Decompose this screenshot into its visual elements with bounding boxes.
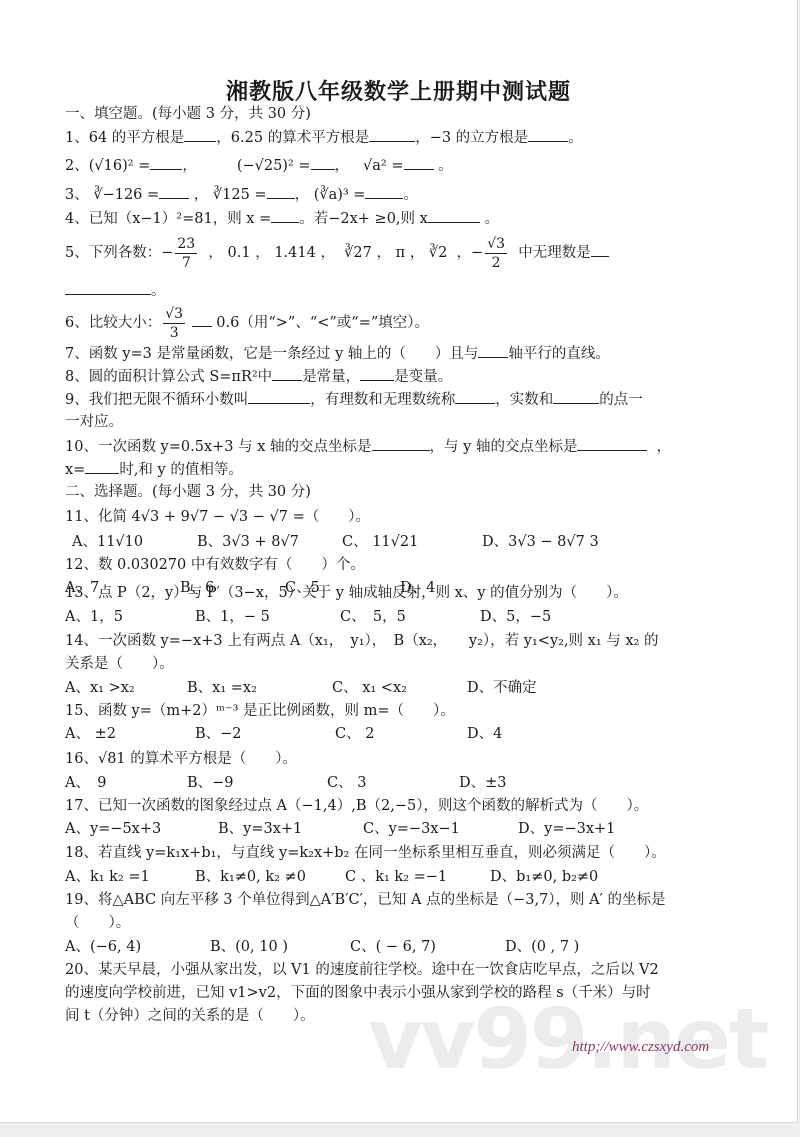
option-a[interactable]: A、1，5	[65, 607, 195, 627]
q1-text-a: 1、64 的平方根是	[65, 130, 184, 146]
q5-suffix: 中无理数是	[518, 245, 591, 261]
option-a[interactable]: A、k₁ k₂ =1	[65, 867, 195, 887]
question-18-options: A、k₁ k₂ =1B、k₁≠0, k₂ ≠0C 、k₁ k₂ =−1D、b₁≠…	[65, 867, 598, 887]
q2-expr-3: √a² =	[363, 158, 403, 174]
q9-text-b: ，有理数和无理数统称	[310, 392, 455, 408]
answer-blank	[577, 436, 647, 451]
question-12: 12、数 0.030270 中有效数字有（ ）个。	[65, 555, 365, 575]
answer-blank	[553, 389, 599, 404]
option-b[interactable]: B、(0, 10 )	[210, 937, 350, 957]
question-19-options: A、(−6, 4)B、(0, 10 )C、( − 6, 7)D、(0 , 7 )	[65, 937, 579, 957]
question-1: 1、64 的平方根是，6.25 的算术平方根是，−3 的立方根是。	[65, 127, 583, 148]
separator: ，	[295, 187, 310, 203]
q3-expr-2: ∛125 =	[213, 187, 267, 203]
question-9: 9、我们把无限不循环小数叫，有理数和无理数统称，实数和的点一	[65, 389, 643, 410]
question-19-continued: （ ）。	[65, 913, 130, 933]
option-c[interactable]: C、y=−3x−1	[363, 819, 518, 839]
q3-number: 3、	[65, 187, 89, 203]
q10-text-e: 时,和 y 的值相等。	[119, 462, 243, 478]
question-7: 7、函数 y=3 是常量函数，它是一条经过 y 轴上的（ ）且与轴平行的直线。	[65, 343, 610, 364]
section-heading-multiple-choice: 二、选择题。(每小题 3 分，共 30 分)	[65, 482, 311, 502]
q3-end: 。	[403, 187, 418, 203]
question-3: 3、 ∛−126 = ， ∛125 =， (∛a)³ =。	[65, 184, 418, 205]
denominator: 7	[175, 254, 197, 272]
q9-text-a: 9、我们把无限不循环小数叫	[65, 392, 248, 408]
question-5: 5、下列各数：−237 ， 0.1 ， 1.414 ， ∛27 ， π ， ∛2…	[65, 232, 609, 274]
answer-blank	[528, 127, 568, 142]
answer-blank	[159, 184, 189, 199]
answer-blank	[360, 366, 394, 381]
question-15-options: A、 ±2B、−2C、 2D、4	[65, 724, 502, 744]
number-item: ∛27	[344, 245, 372, 261]
q2-end: 。	[438, 158, 453, 174]
q7-text-a: 7、函数 y=3 是常量函数，它是一条经过 y 轴上的（ ）且与	[65, 346, 478, 362]
q9-text-d: 的点一	[599, 392, 643, 408]
question-20-line-1: 20、某天早晨，小强从家出发，以 V1 的速度前往学校。途中在一饮食店吃早点，之…	[65, 960, 659, 980]
question-9-continued: 一对应。	[65, 412, 123, 432]
question-14: 14、一次函数 y=−x+3 上有两点 A（x₁， y₁）， B（x₂， y₂）…	[65, 631, 658, 651]
q1-text-d: 。	[568, 130, 583, 146]
answer-blank	[192, 312, 212, 327]
question-16: 16、√81 的算术平方根是（ ）。	[65, 749, 297, 769]
q4-text-a: 4、已知（x−1）²=81，则 x =	[65, 211, 271, 227]
numerator: √3	[163, 305, 185, 324]
answer-blank	[365, 184, 403, 199]
question-11-options: A、11√10B、3√3 + 8√7C、 11√21D、3√3 − 8√7 3	[72, 532, 599, 552]
question-13-stem: 13、点 P（2，y）与 P′（3−x，5）关于 y 轴成轴反射，则 x、y 的…	[65, 583, 628, 603]
answer-blank	[478, 343, 508, 358]
option-d[interactable]: D、4	[467, 724, 502, 744]
option-a[interactable]: A、 ±2	[65, 724, 195, 744]
document-page: 湘教版八年级数学上册期中测试题 一、填空题。(每小题 3 分，共 30 分) 1…	[0, 0, 798, 1123]
option-b[interactable]: B、y=3x+1	[218, 819, 363, 839]
q8-text-c: 是变量。	[394, 369, 452, 385]
option-c[interactable]: C、 2	[335, 724, 467, 744]
option-d[interactable]: D、(0 , 7 )	[505, 937, 579, 957]
answer-blank	[85, 459, 119, 474]
separator: ，	[182, 158, 197, 174]
option-b[interactable]: B、1，− 5	[195, 607, 340, 627]
q10-text-b: ，与 y 轴的交点坐标是	[430, 439, 578, 455]
option-b[interactable]: B、−9	[187, 773, 327, 793]
question-10: 10、一次函数 y=0.5x+3 与 x 轴的交点坐标是，与 y 轴的交点坐标是…	[65, 436, 671, 457]
answer-blank	[372, 436, 430, 451]
option-c[interactable]: C、 3	[327, 773, 459, 793]
q6-suffix: 0.6（用“>”、“<”或“=”填空）。	[216, 315, 429, 331]
q6-prefix: 6、比较大小：	[65, 315, 161, 331]
question-14-options: A、x₁ >x₂B、x₁ =x₂C、 x₁ <x₂D、不确定	[65, 678, 537, 698]
question-14-continued: 关系是（ ）。	[65, 654, 174, 674]
option-b[interactable]: B、k₁≠0, k₂ ≠0	[195, 867, 345, 887]
option-d[interactable]: D、±3	[459, 773, 507, 793]
question-17-options: A、y=−5x+3B、y=3x+1C、y=−3x−1D、y=−3x+1	[65, 819, 615, 839]
question-16-options: A、 9B、−9C、 3D、±3	[65, 773, 507, 793]
option-b[interactable]: B、−2	[195, 724, 335, 744]
q5-prefix: 5、下列各数：	[65, 245, 161, 261]
option-d[interactable]: D、5，−5	[480, 607, 551, 627]
question-18: 18、若直线 y=k₁x+b₁，与直线 y=k₂x+b₂ 在同一坐标系里相互垂直…	[65, 843, 666, 863]
minus-sign: −	[161, 245, 173, 261]
q2-expr-2: (−√25)² =	[237, 158, 311, 174]
option-d[interactable]: D、b₁≠0, b₂≠0	[490, 867, 598, 887]
option-d[interactable]: D、3√3 − 8√7 3	[482, 532, 599, 552]
option-c[interactable]: C、( − 6, 7)	[350, 937, 505, 957]
q8-text-b: 是常量，	[302, 369, 360, 385]
question-15: 15、函数 y=（m+2）ᵐ⁻³ 是正比例函数，则 m=（ ）。	[65, 701, 455, 721]
source-url: http;//www.czsxyd.com	[572, 1039, 709, 1056]
answer-blank	[150, 155, 182, 170]
q4-text-c: 。	[484, 211, 499, 227]
fraction: √32	[485, 235, 507, 272]
denominator: 2	[485, 254, 507, 272]
q5-end: 。	[151, 283, 166, 299]
option-b[interactable]: B、x₁ =x₂	[187, 678, 332, 698]
option-d[interactable]: D、y=−3x+1	[518, 819, 615, 839]
question-6: 6、比较大小：√33 0.6（用“>”、“<”或“=”填空）。	[65, 304, 429, 342]
fraction: √33	[163, 305, 185, 342]
option-a[interactable]: A、x₁ >x₂	[65, 678, 187, 698]
answer-blank	[248, 389, 310, 404]
q9-text-c: ，实数和	[495, 392, 553, 408]
answer-blank	[428, 208, 480, 223]
q1-text-c: ，−3 的立方根是	[415, 130, 528, 146]
answer-blank	[311, 155, 335, 170]
option-a[interactable]: A、11√10	[72, 532, 197, 552]
section-heading-fill-blank: 一、填空题。(每小题 3 分，共 30 分)	[65, 104, 311, 124]
q2-expr-1: (√16)² =	[89, 158, 151, 174]
separator: ，	[194, 187, 209, 203]
question-10-continued: x=时,和 y 的值相等。	[65, 459, 243, 480]
question-8: 8、圆的面积计算公式 S=πR²中是常量，是变量。	[65, 366, 452, 387]
number-item: 1.414	[274, 245, 316, 261]
question-19: 19、将△ABC 向左平移 3 个单位得到△A′B′C′，已知 A 点的坐标是（…	[65, 890, 666, 910]
question-2: 2、(√16)² =，(−√25)² =，√a² = 。	[65, 155, 453, 176]
minus-sign: −	[471, 245, 483, 261]
q3-expr-3: (∛a)³ =	[314, 187, 366, 203]
option-a[interactable]: A、 9	[65, 773, 187, 793]
denominator: 3	[163, 324, 185, 342]
fraction: 237	[175, 235, 197, 272]
option-c[interactable]: C 、k₁ k₂ =−1	[345, 867, 490, 887]
question-5-continued: 。	[65, 280, 166, 301]
answer-blank	[369, 127, 415, 142]
question-4: 4、已知（x−1）²=81，则 x =。若−2x+ ≥0,则 x 。	[65, 208, 499, 229]
separator: ，	[335, 158, 350, 174]
question-17: 17、已知一次函数的图象经过点 A（−1,4）,B（2,−5），则这个函数的解析…	[65, 796, 648, 816]
answer-blank	[65, 280, 151, 295]
option-c[interactable]: C、 5，5	[340, 607, 480, 627]
answer-blank	[184, 127, 216, 142]
q4-text-b: 。若−2x+ ≥0,则 x	[299, 211, 428, 227]
q8-text-a: 8、圆的面积计算公式 S=πR²中	[65, 369, 272, 385]
number-item: ∛2	[429, 245, 447, 261]
q10-text-a: 10、一次函数 y=0.5x+3 与 x 轴的交点坐标是	[65, 439, 372, 455]
q7-text-b: 轴平行的直线。	[508, 346, 610, 362]
q3-expr-1: ∛−126 =	[93, 187, 159, 203]
question-11: 11、化简 4√3 + 9√7 − √3 − √7 =（ ）。	[65, 507, 370, 527]
q2-number: 2、	[65, 158, 89, 174]
answer-blank	[455, 389, 495, 404]
number-item: π	[396, 245, 406, 261]
answer-blank	[272, 366, 302, 381]
numerator: 23	[175, 235, 197, 254]
option-b[interactable]: B、3√3 + 8√7	[197, 532, 342, 552]
q1-text-b: ，6.25 的算术平方根是	[216, 130, 369, 146]
numerator: √3	[485, 235, 507, 254]
number-item: 0.1	[228, 245, 251, 261]
option-a[interactable]: A、(−6, 4)	[65, 937, 210, 957]
question-20-line-3: 间 t（分钟）之间的关系的是（ ）。	[65, 1006, 315, 1026]
q10-text-c: ，	[657, 439, 672, 455]
option-c[interactable]: C、 11√21	[342, 532, 482, 552]
answer-blank	[404, 155, 434, 170]
option-d[interactable]: D、不确定	[467, 678, 537, 698]
answer-blank	[271, 208, 299, 223]
answer-blank	[591, 242, 609, 257]
page-title: 湘教版八年级数学上册期中测试题	[0, 75, 797, 106]
question-13-options: A、1，5B、1，− 5C、 5，5D、5，−5	[65, 607, 551, 627]
answer-blank	[267, 184, 295, 199]
q10-text-d: x=	[65, 462, 85, 478]
option-a[interactable]: A、y=−5x+3	[65, 819, 218, 839]
option-c[interactable]: C、 x₁ <x₂	[332, 678, 467, 698]
